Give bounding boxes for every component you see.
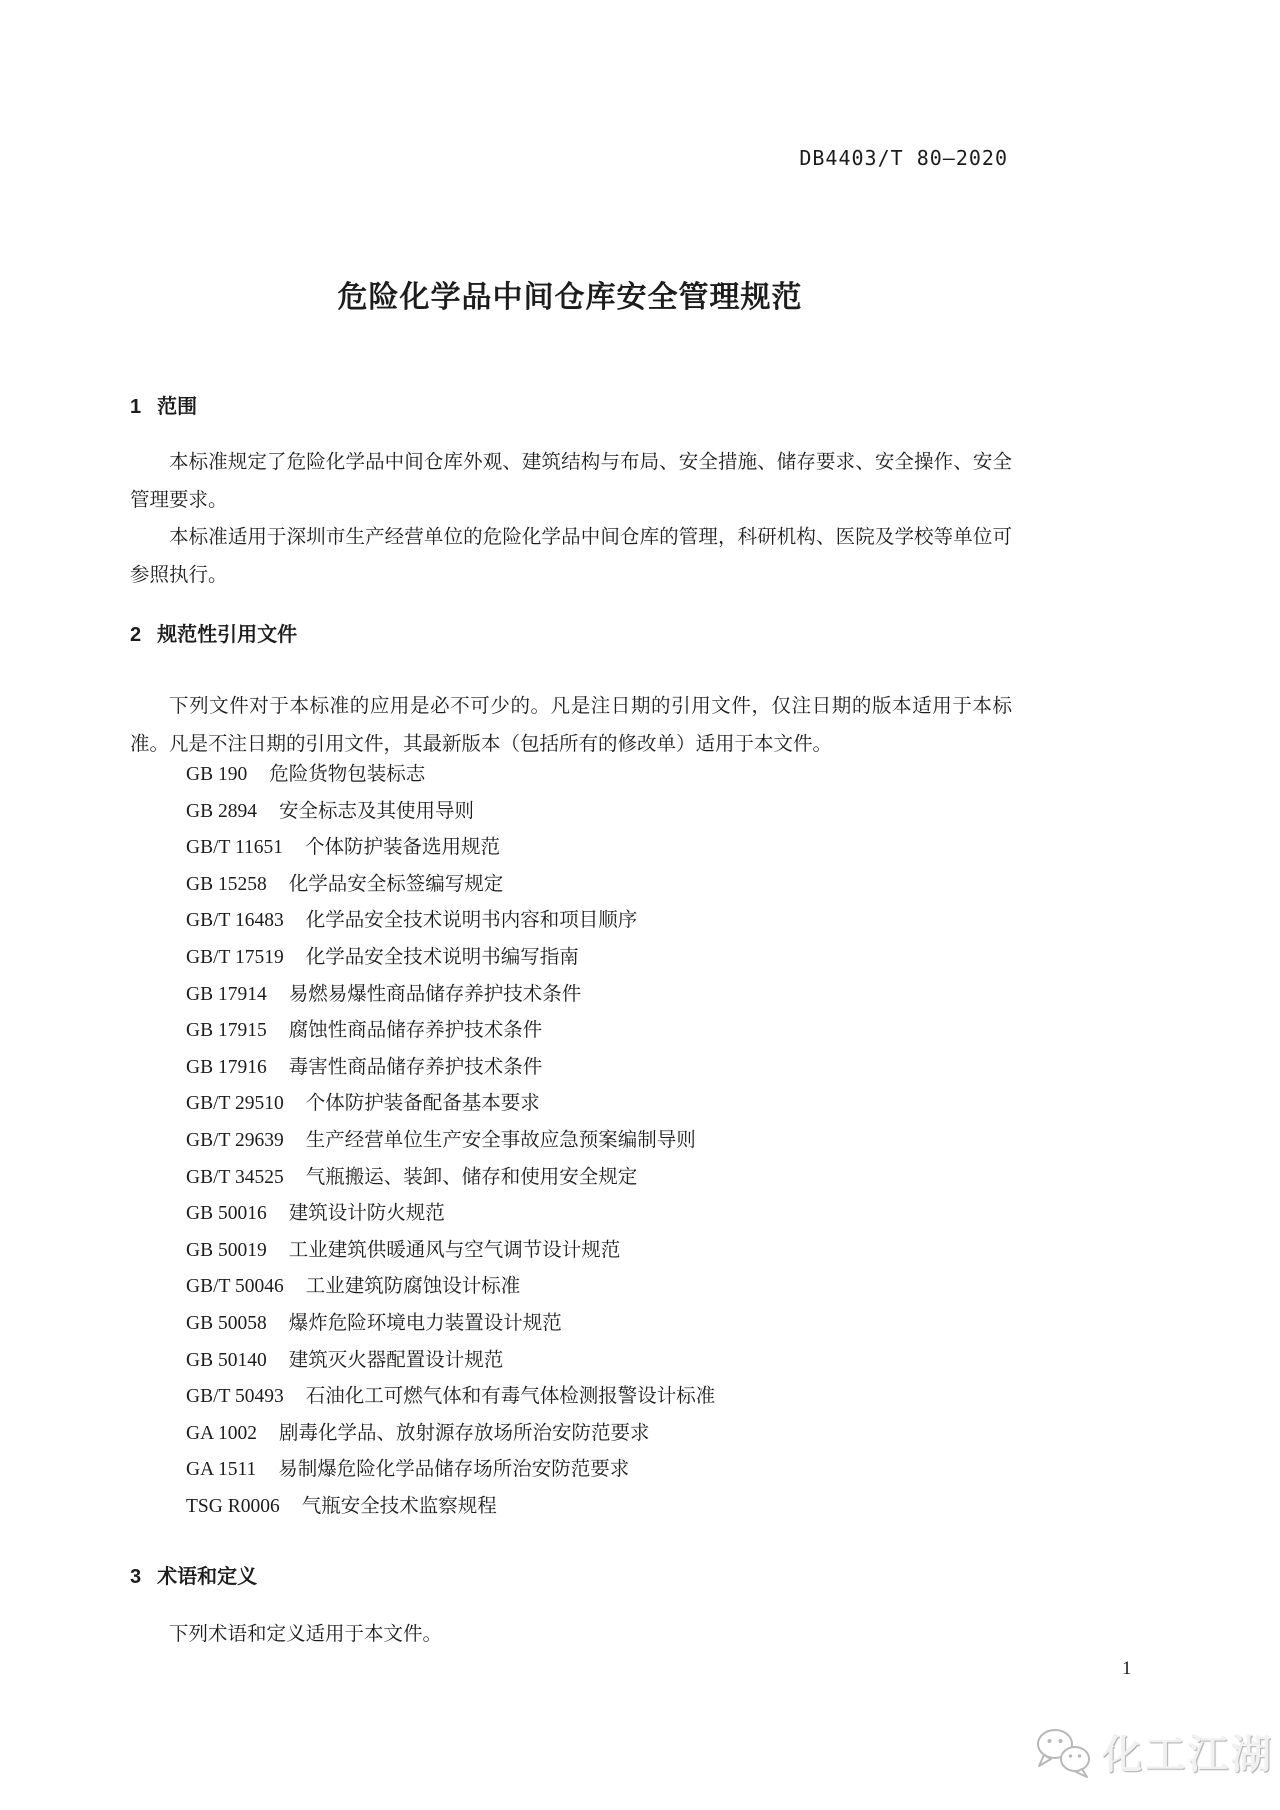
reference-item: GB/T 29510个体防护装备配备基本要求 [130,1086,1012,1123]
reference-item: GB 190危险货物包装标志 [130,757,1012,794]
reference-item: GA 1511易制爆危险化学品储存场所治安防范要求 [130,1452,1012,1489]
reference-item: GB 17915腐蚀性商品储存养护技术条件 [130,1013,1012,1050]
terms-paragraphs: 下列术语和定义适用于本文件。 [130,1616,1012,1654]
reference-code: GB 50140 [186,1350,267,1371]
section-heading-terms: 3术语和定义 [130,1560,1010,1589]
document-page: { "header": { "doc_code": "DB4403/T 80—2… [0,0,1280,1810]
watermark-text: 化工江湖 [1102,1723,1274,1780]
paragraph: 本标准规定了危险化学品中间仓库外观、建筑结构与布局、安全措施、储存要求、安全操作… [130,444,1012,519]
reference-code: GA 1511 [186,1459,256,1480]
reference-title: 易燃易爆性商品储存养护技术条件 [289,984,582,1005]
section-heading-label: 范围 [157,396,197,418]
reference-code: GB 50019 [186,1240,267,1261]
reference-title: 建筑灭火器配置设计规范 [289,1350,504,1371]
document-code: DB4403/T 80—2020 [799,146,1008,170]
page-number: 1 [1122,1658,1132,1680]
reference-code: GB 190 [186,764,247,785]
reference-item: GB 15258化学品安全标签编写规定 [130,867,1012,904]
reference-item: GB 50016建筑设计防火规范 [130,1196,1012,1233]
reference-list: GB 190危险货物包装标志 GB 2894安全标志及其使用导则 GB/T 11… [130,757,1012,1525]
section-number: 1 [130,396,141,418]
section-heading-normative-references: 2规范性引用文件 [130,618,1010,647]
paragraph: 下列术语和定义适用于本文件。 [130,1616,1012,1654]
reference-item: GB/T 29639生产经营单位生产安全事故应急预案编制导则 [130,1123,1012,1160]
reference-code: GB/T 29510 [186,1093,284,1114]
reference-item: GA 1002剧毒化学品、放射源存放场所治安防范要求 [130,1416,1012,1453]
reference-code: GB/T 34525 [186,1167,284,1188]
reference-item: GB/T 34525气瓶搬运、装卸、储存和使用安全规定 [130,1160,1012,1197]
reference-item: GB/T 17519化学品安全技术说明书编写指南 [130,940,1012,977]
reference-code: GB 2894 [186,801,257,822]
reference-code: TSG R0006 [186,1496,280,1517]
reference-code: GB/T 29639 [186,1130,284,1151]
section-number: 3 [130,1566,141,1588]
section-heading-label: 术语和定义 [157,1566,257,1588]
reference-code: GB/T 16483 [186,910,284,931]
reference-code: GB/T 17519 [186,947,284,968]
reference-title: 气瓶安全技术监察规程 [302,1496,497,1517]
reference-code: GB/T 50493 [186,1386,284,1407]
reference-item: GB/T 16483化学品安全技术说明书内容和项目顺序 [130,903,1012,940]
reference-code: GB 17916 [186,1057,267,1078]
reference-title: 生产经营单位生产安全事故应急预案编制导则 [306,1130,696,1151]
reference-title: 剧毒化学品、放射源存放场所治安防范要求 [279,1423,650,1444]
reference-code: GB/T 11651 [186,837,283,858]
reference-item: GB/T 50493石油化工可燃气体和有毒气体检测报警设计标准 [130,1379,1012,1416]
section-number: 2 [130,624,141,646]
reference-title: 安全标志及其使用导则 [279,801,474,822]
reference-title: 易制爆危险化学品储存场所治安防范要求 [278,1459,629,1480]
paragraph: 下列文件对于本标准的应用是必不可少的。凡是注日期的引用文件，仅注日期的版本适用于… [130,688,1012,763]
section-heading-scope: 1范围 [130,390,1010,419]
reference-code: GB 15258 [186,874,267,895]
page-title: 危险化学品中间仓库安全管理规范 [130,272,1010,316]
reference-title: 毒害性商品储存养护技术条件 [289,1057,543,1078]
reference-title: 化学品安全标签编写规定 [289,874,504,895]
reference-item: GB 50019工业建筑供暖通风与空气调节设计规范 [130,1233,1012,1270]
reference-title: 气瓶搬运、装卸、储存和使用安全规定 [306,1167,638,1188]
reference-title: 个体防护装备选用规范 [305,837,500,858]
reference-code: GB 17915 [186,1020,267,1041]
reference-item: TSG R0006气瓶安全技术监察规程 [130,1489,1012,1526]
reference-title: 个体防护装备配备基本要求 [306,1093,540,1114]
reference-item: GB 2894安全标志及其使用导则 [130,794,1012,831]
reference-item: GB 50058爆炸危险环境电力装置设计规范 [130,1306,1012,1343]
reference-code: GB/T 50046 [186,1276,284,1297]
reference-title: 工业建筑防腐蚀设计标准 [306,1276,521,1297]
watermark: 化工江湖 [1032,1722,1274,1780]
section-heading-label: 规范性引用文件 [157,624,297,646]
reference-code: GB 50058 [186,1313,267,1334]
reference-title: 危险货物包装标志 [269,764,425,785]
reference-title: 爆炸危险环境电力装置设计规范 [289,1313,562,1334]
reference-title: 化学品安全技术说明书内容和项目顺序 [306,910,638,931]
normative-references-intro: 下列文件对于本标准的应用是必不可少的。凡是注日期的引用文件，仅注日期的版本适用于… [130,688,1012,763]
reference-title: 建筑设计防火规范 [289,1203,445,1224]
wechat-chat-bubbles-icon [1032,1722,1094,1780]
reference-item: GB 17916毒害性商品储存养护技术条件 [130,1050,1012,1087]
reference-code: GB 50016 [186,1203,267,1224]
reference-item: GB/T 50046工业建筑防腐蚀设计标准 [130,1269,1012,1306]
scope-paragraphs: 本标准规定了危险化学品中间仓库外观、建筑结构与布局、安全措施、储存要求、安全操作… [130,444,1012,594]
paragraph: 本标准适用于深圳市生产经营单位的危险化学品中间仓库的管理，科研机构、医院及学校等… [130,519,1012,594]
reference-code: GB 17914 [186,984,267,1005]
reference-item: GB/T 11651个体防护装备选用规范 [130,830,1012,867]
reference-title: 化学品安全技术说明书编写指南 [306,947,579,968]
reference-title: 腐蚀性商品储存养护技术条件 [289,1020,543,1041]
reference-title: 石油化工可燃气体和有毒气体检测报警设计标准 [306,1386,716,1407]
reference-title: 工业建筑供暖通风与空气调节设计规范 [289,1240,621,1261]
reference-item: GB 17914易燃易爆性商品储存养护技术条件 [130,977,1012,1014]
reference-item: GB 50140建筑灭火器配置设计规范 [130,1343,1012,1380]
reference-code: GA 1002 [186,1423,257,1444]
